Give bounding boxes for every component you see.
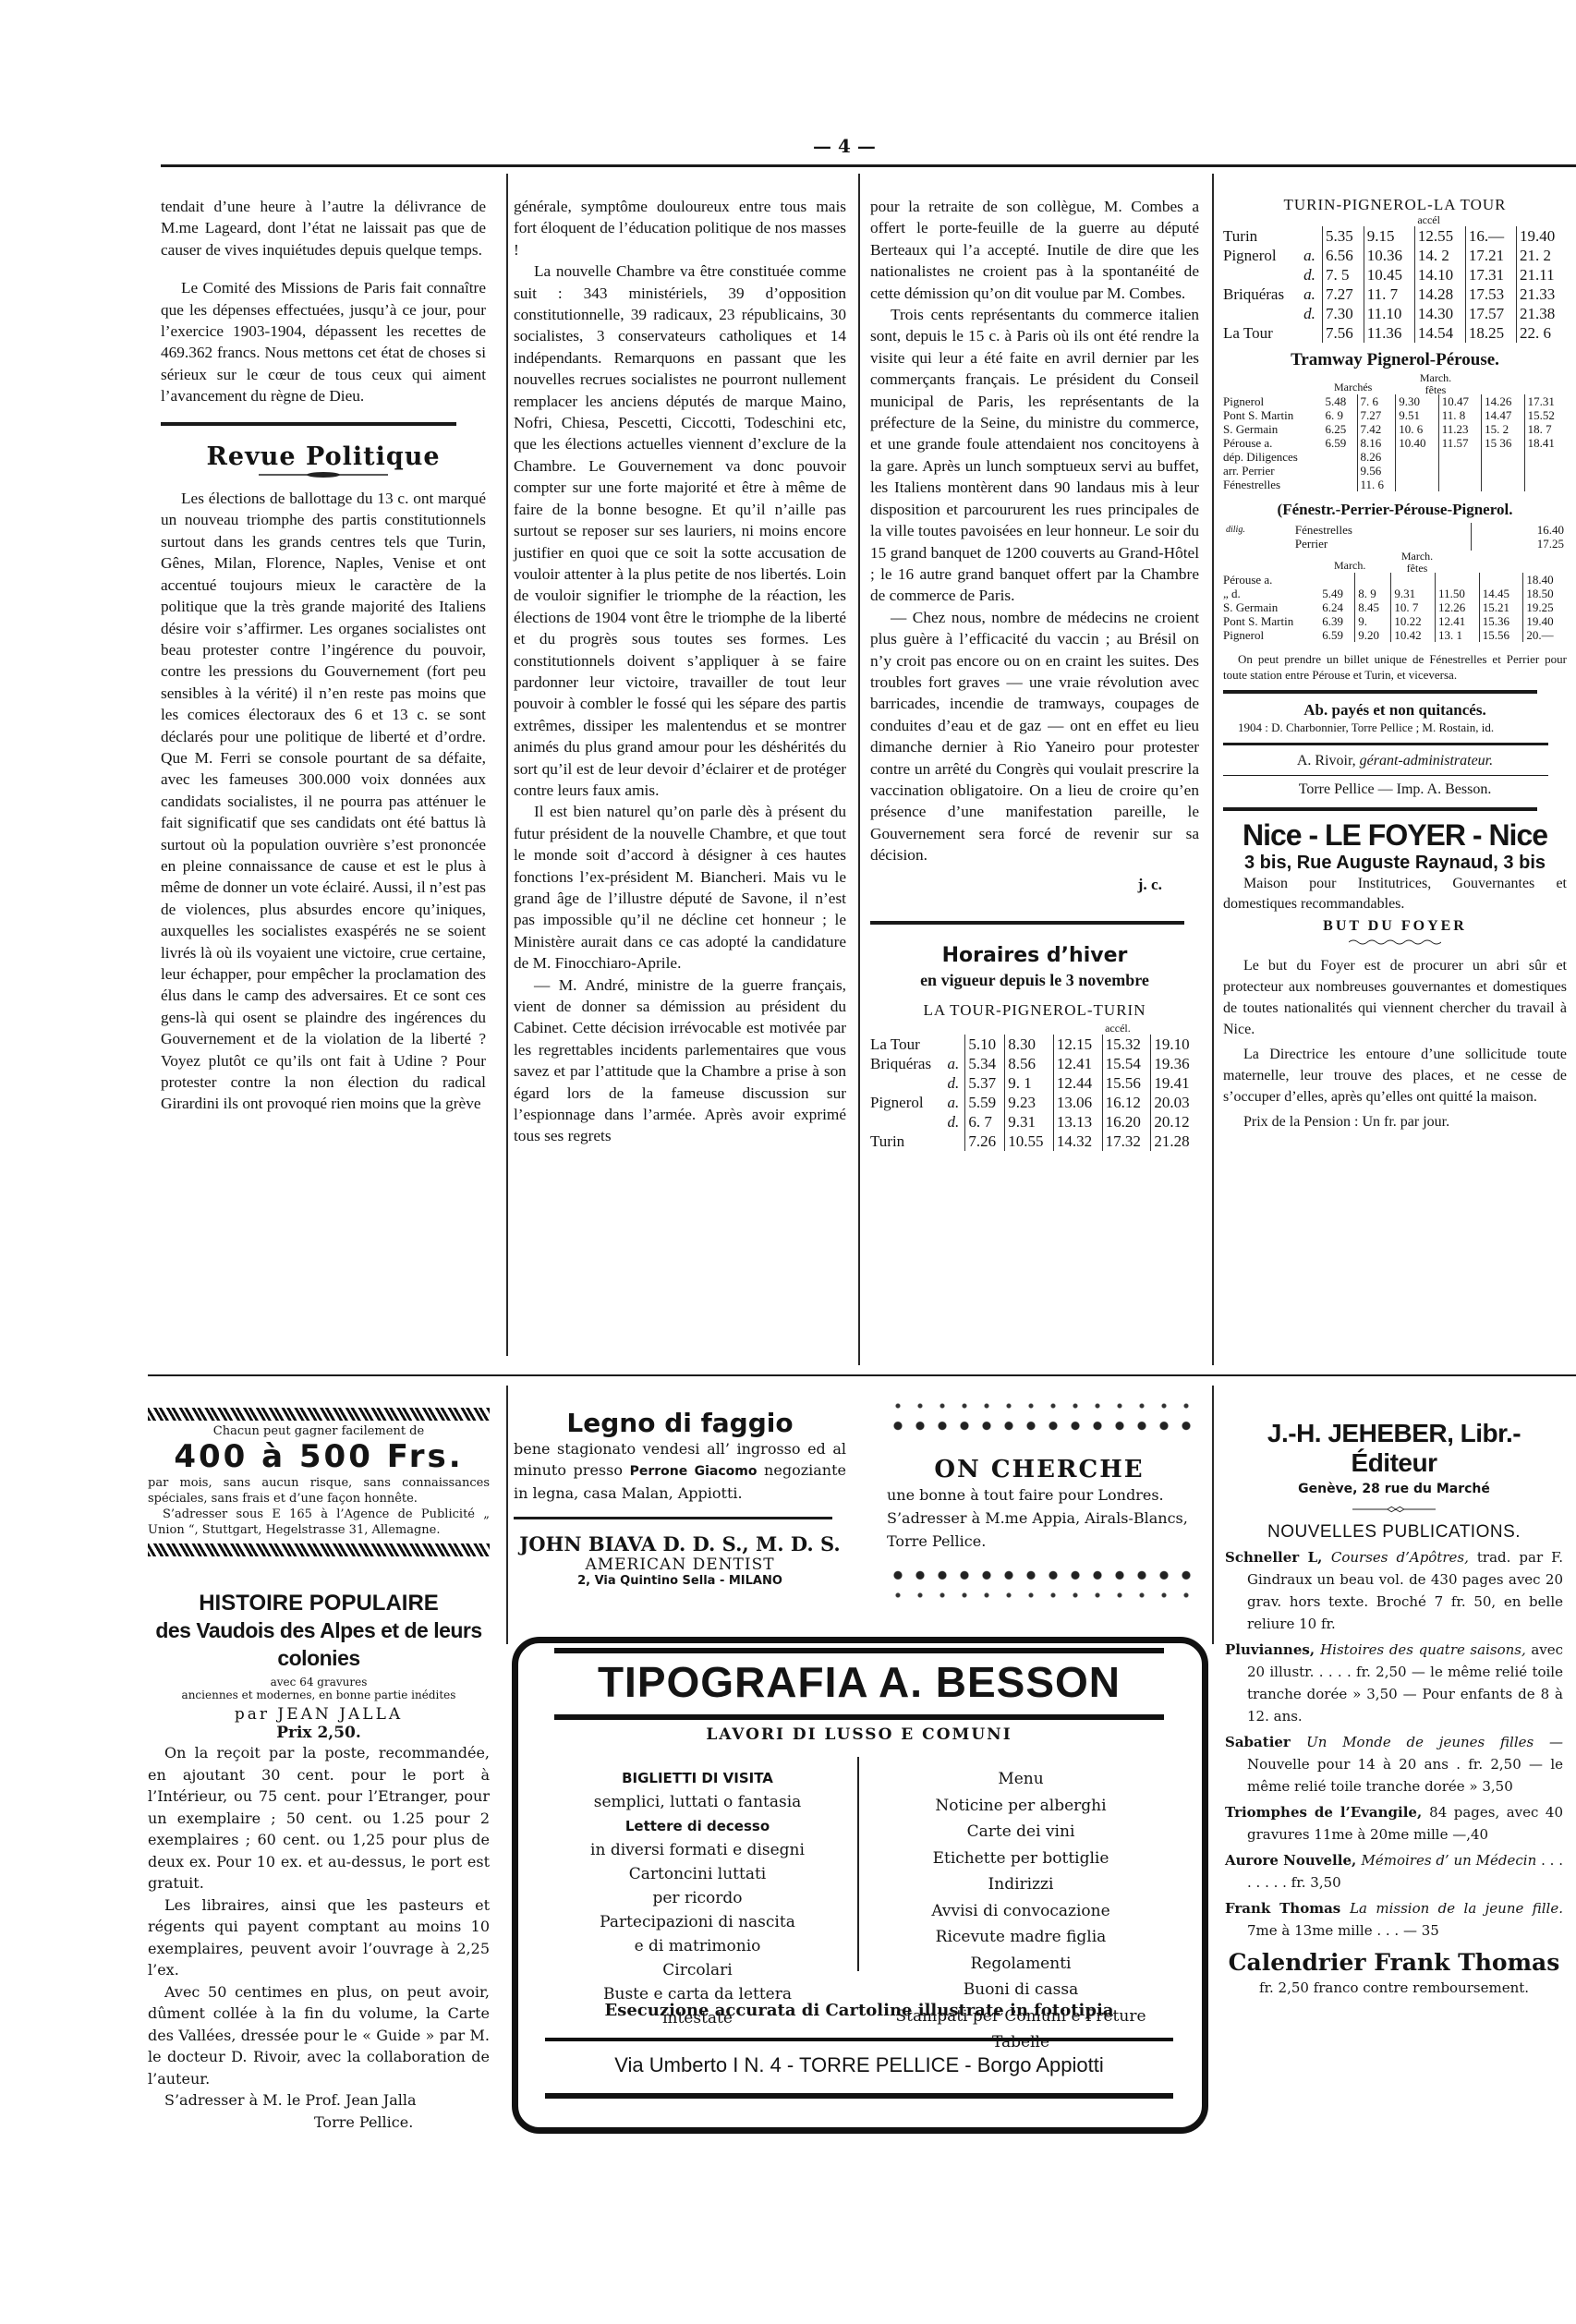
departure-time (1396, 464, 1438, 478)
departure-time: 20.03 (1151, 1093, 1199, 1112)
departure-time: 19.40 (1523, 614, 1567, 628)
departure-time: 8. 9 (1355, 587, 1391, 600)
departure-time: 8.45 (1355, 600, 1391, 614)
departure-time: 8.56 (1005, 1054, 1054, 1073)
header-march: March. (1334, 560, 1365, 572)
departure-time: 10.22 (1391, 614, 1436, 628)
departure-time: 8.30 (1005, 1035, 1054, 1054)
service-item: Lettere di decesso (554, 1814, 841, 1838)
arrival-departure (944, 1035, 964, 1054)
departure-time: 6.56 (1323, 246, 1364, 265)
departure-time: 6.59 (1323, 436, 1358, 450)
departure-time: 6.59 (1319, 628, 1354, 642)
departure-time: 7. 6 (1357, 394, 1396, 408)
timetable-row: d.7. 510.4514.1017.3121.11 (1223, 265, 1567, 284)
station-name: Pignerol (1223, 394, 1323, 408)
departure-time: 17.53 (1465, 284, 1516, 304)
arrival-departure: d. (944, 1073, 964, 1093)
departure-time (1479, 573, 1523, 587)
timetable-row: La Tour7.5611.3614.5418.2522. 6 (1223, 323, 1567, 343)
column-2: générale, symptôme douloureux entre tous… (514, 196, 846, 1147)
departure-time: 10.42 (1391, 628, 1436, 642)
departure-time (1323, 450, 1358, 464)
departure-time: 17.25 (1471, 537, 1567, 551)
ad-tipografia: TIPOGRAFIA A. BESSON LAVORI DI LUSSO E C… (490, 1628, 1229, 2141)
publication-title: Histoires des quatre saisons, (1320, 1641, 1531, 1658)
section-rule (1223, 690, 1537, 694)
departure-time: 9. (1355, 614, 1391, 628)
horaires-subtitle: en vigueur depuis le 3 novembre (870, 970, 1199, 991)
arrival-departure: d. (944, 1112, 964, 1132)
departure-time: 21.11 (1516, 265, 1567, 284)
departure-time: 11.36 (1364, 323, 1414, 343)
departure-time (1524, 450, 1567, 464)
departure-time: 11.23 (1438, 422, 1481, 436)
timetable-row: Turin7.2610.5514.3217.3221.28 (870, 1132, 1199, 1151)
departure-time: 7.27 (1323, 284, 1364, 304)
foyer-p2: La Directrice les entoure d’une sollicit… (1223, 1044, 1567, 1108)
service-item: Noticine per alberghi (868, 1793, 1173, 1820)
departure-time: 15.21 (1479, 600, 1523, 614)
station-name: Turin (1223, 226, 1301, 246)
publication-author: Pluviannes, (1225, 1641, 1320, 1658)
station-name: Turin (870, 1132, 944, 1151)
departure-time: 14.30 (1414, 304, 1465, 323)
arrival-departure (944, 1132, 964, 1151)
timetable-la-tour-turin: accél. La Tour5.108.3012.1515.3219.10Bri… (870, 1023, 1199, 1151)
departure-time: 7. 5 (1323, 265, 1364, 284)
foyer-address: 3 bis, Rue Auguste Raynaud, 3 bis (1223, 853, 1567, 874)
histoire-contact2: Torre Pellice. (148, 2112, 490, 2134)
departure-time: 19.41 (1151, 1073, 1199, 1093)
service-item: Menu (868, 1766, 1173, 1793)
departure-time: 12.41 (1053, 1054, 1102, 1073)
column-divider (506, 1386, 508, 1644)
publication-item: Aurore Nouvelle, Mémoires d’ un Médecin … (1225, 1849, 1563, 1894)
departure-time: 15.56 (1102, 1073, 1151, 1093)
section-rule (1223, 807, 1537, 811)
service-item: Regolamenti (868, 1951, 1173, 1978)
station-name: arr. Perrier (1223, 464, 1323, 478)
paragraph: La nouvelle Chambre va être constituée c… (514, 260, 846, 801)
column-divider (1212, 1386, 1214, 1644)
departure-time: 6.24 (1319, 600, 1354, 614)
timetable-row: Pignerola.5.599.2313.0616.1220.03 (870, 1093, 1199, 1112)
header-rule (161, 164, 1576, 167)
ads-top-rule (148, 1374, 1576, 1376)
service-item: Etichette per bottiglie (868, 1846, 1173, 1872)
paragraph: — Chez nous, nombre de médecins ne croie… (870, 607, 1199, 866)
departure-time: 12.55 (1414, 226, 1465, 246)
column-divider (506, 174, 508, 1356)
departure-time: 16.20 (1102, 1112, 1151, 1132)
publication-author: Frank Thomas (1225, 1900, 1350, 1917)
accel-label: accél. (1102, 1023, 1151, 1035)
ad-histoire: HISTOIRE POPULAIRE des Vaudois des Alpes… (148, 1591, 490, 2133)
arrival-departure: d. (1301, 304, 1322, 323)
departure-time: 12.41 (1436, 614, 1480, 628)
departure-time: 14.54 (1414, 323, 1465, 343)
publication-title: Mémoires d’ un Médecin (1361, 1852, 1541, 1869)
service-item: Buoni di cassa (868, 1977, 1173, 2003)
departure-time (1323, 478, 1358, 491)
histoire-subtitle: des Vaudois des Alpes et de leurs coloni… (148, 1616, 490, 1672)
dilig-label (1223, 537, 1295, 551)
departure-time: 5.10 (965, 1035, 1005, 1054)
departure-time: 12.44 (1053, 1073, 1102, 1093)
timetable-row: Briquérasa.7.2711. 714.2817.5321.33 (1223, 284, 1567, 304)
departure-time (1323, 464, 1358, 478)
departure-time: 9.56 (1357, 464, 1396, 478)
departure-time: 21.33 (1516, 284, 1567, 304)
departure-time (1396, 450, 1438, 464)
column-1: tendait d’une heure à l’autre la délivra… (161, 196, 486, 1115)
header-march-fetes: March. fêtes (1394, 551, 1440, 575)
departure-time: 12.26 (1436, 600, 1480, 614)
service-item: Avvisi di convocazione (868, 1898, 1173, 1925)
station-name: Pignerol (1223, 246, 1301, 265)
arrival-departure: a. (944, 1093, 964, 1112)
station-name (1223, 265, 1301, 284)
signature: j. c. (870, 874, 1199, 895)
departure-time (1438, 464, 1481, 478)
service-item: e di matrimonio (554, 1934, 841, 1958)
timetable-dilig: dilig.Fénestrelles16.40Perrier17.25 (1223, 523, 1567, 551)
departure-time (1391, 573, 1436, 587)
departure-time: 19.25 (1523, 600, 1567, 614)
departure-time: 10.45 (1364, 265, 1414, 284)
timetable-row: S. Germain6.257.4210. 611.2315. 218. 7 (1223, 422, 1567, 436)
tipografia-title: TIPOGRAFIA A. BESSON (554, 1653, 1164, 1711)
column-3: pour la retraite de son collègue, M. Com… (870, 196, 1199, 1151)
histoire-p1: On la reçoit par la poste, recommandée, … (148, 1742, 490, 1894)
biava-title: AMERICAN DENTIST (514, 1555, 846, 1574)
station-name (870, 1073, 944, 1093)
departure-time: 14.47 (1482, 408, 1524, 422)
gerant-role: gérant-administrateur. (1360, 753, 1493, 769)
service-item: Ricevute madre figlia (868, 1924, 1173, 1951)
departure-time: 7.30 (1323, 304, 1364, 323)
departure-time: 9.31 (1005, 1112, 1054, 1132)
biava-name: JOHN BIAVA D. D. S., M. D. S. (514, 1532, 846, 1555)
timetable-row: Briquérasa.5.348.5612.4115.5419.36 (870, 1054, 1199, 1073)
station-name: S. Germain (1223, 422, 1323, 436)
publication-author: Sabatier (1225, 1734, 1306, 1750)
departure-time: 9. 1 (1005, 1073, 1054, 1093)
cherche-line3: Torre Pellice. (887, 1530, 1192, 1553)
departure-time: 18.41 (1524, 436, 1567, 450)
gain-contact: S’adresser sous E 165 à l’Agence de Publ… (148, 1507, 490, 1538)
timetable-row: Pignerol6.599.2010.4213. 115.5620.— (1223, 628, 1567, 642)
gerant-line: A. Rivoir, gérant-administrateur. (1223, 753, 1567, 769)
departure-time: 10.40 (1396, 436, 1438, 450)
services-left: BIGLIETTI DI VISITAsemplici, luttati o f… (554, 1766, 841, 2030)
histoire-grav2: anciennes et modernes, en bonne partie i… (148, 1689, 490, 1701)
departure-time (1524, 464, 1567, 478)
departure-time: 5.49 (1319, 587, 1354, 600)
timetable-tramway: Pignerol5.487. 69.3010.4714.2617.31Pont … (1223, 394, 1567, 491)
paragraph: Trois cents représentants du commerce it… (870, 304, 1199, 607)
publication-title: Courses d’Apôtres, (1331, 1549, 1477, 1566)
timetable-row: Pont S. Martin6.399.10.2212.4115.3619.40 (1223, 614, 1567, 628)
departure-time: 5.35 (1323, 226, 1364, 246)
gain-lead: Chacun peut gagner facilement de (148, 1424, 490, 1438)
cherche-line1: une bonne à tout faire pour Londres. (887, 1483, 1192, 1507)
departure-time: 17.31 (1465, 265, 1516, 284)
tipografia-tagline: Esecuzione accurata di Cartoline illustr… (554, 2001, 1164, 2020)
departure-time: 20.— (1523, 628, 1567, 642)
station-name: Fénestrelles (1295, 523, 1471, 537)
legno-title: Legno di faggio (514, 1408, 846, 1438)
histoire-author: par JEAN JALLA (148, 1705, 490, 1724)
gerant-name: A. Rivoir, (1297, 753, 1356, 769)
paragraph: Il est bien naturel qu’on parle dès à pr… (514, 801, 846, 974)
departure-time: 14.26 (1482, 394, 1524, 408)
histoire-price: Prix 2,50. (148, 1724, 490, 1742)
departure-time: 9.20 (1355, 628, 1391, 642)
departure-time (1438, 478, 1481, 491)
departure-time: 15.36 (1479, 614, 1523, 628)
section-rule (1223, 775, 1548, 776)
ad-cherche: ON CHERCHE une bonne à tout faire pour L… (887, 1395, 1192, 1606)
ad-gain: Chacun peut gagner facilement de 400 à 5… (148, 1408, 490, 1556)
cherche-line2: S’adresser à M.me Appia, Airals-Blancs, (887, 1507, 1192, 1530)
histoire-p3: Avec 50 centimes en plus, on peut avoir,… (148, 1981, 490, 2090)
departure-time (1482, 450, 1524, 464)
station-name: Fénestrelles (1223, 478, 1323, 491)
publication-item: Sabatier Un Monde de jeunes filles — Nou… (1225, 1731, 1563, 1797)
departure-time: 7.56 (1323, 323, 1364, 343)
section-rule (514, 1517, 832, 1519)
publication-title: Un Monde de jeunes filles — (1306, 1734, 1563, 1750)
paragraph: — M. André, ministre de la guerre frança… (514, 974, 846, 1147)
calendar-price: fr. 2,50 franco contre remboursement. (1225, 1979, 1563, 1996)
departure-time: 16.12 (1102, 1093, 1151, 1112)
departure-time: 11.57 (1438, 436, 1481, 450)
departure-time: 11. 7 (1364, 284, 1414, 304)
gain-amount: 400 à 500 Frs. (148, 1438, 490, 1475)
timetable-row: S. Germain6.248.4510. 712.2615.2119.25 (1223, 600, 1567, 614)
header-march-fetes: March. fêtes (1412, 372, 1459, 396)
departure-time: 7.42 (1357, 422, 1396, 436)
legno-merchant: Perrone Giacomo (630, 1464, 758, 1479)
station-name: Briquéras (1223, 284, 1301, 304)
timetable-fenestrelles: Pérouse a.18.40„ d.5.498. 99.3111.5014.4… (1223, 573, 1567, 642)
jeheber-address: Genève, 28 rue du Marché (1225, 1482, 1563, 1496)
departure-time: 19.10 (1151, 1035, 1199, 1054)
timetable-row: d.7.3011.1014.3017.5721.38 (1223, 304, 1567, 323)
departure-time: 11.10 (1364, 304, 1414, 323)
diamond-border-icon (148, 1408, 490, 1421)
station-name (870, 1112, 944, 1132)
paragraph: pour la retraite de son collègue, M. Com… (870, 196, 1199, 304)
paragraph: Le Comité des Missions de Paris fait con… (161, 277, 486, 406)
section-rule (1223, 743, 1548, 745)
departure-time: 9.30 (1396, 394, 1438, 408)
departure-time: 11.50 (1436, 587, 1480, 600)
departure-time: 17.21 (1465, 246, 1516, 265)
service-item: BIGLIETTI DI VISITA (554, 1766, 841, 1790)
fen-title: (Fénestr.-Perrier-Pérouse-Pignerol. (1223, 501, 1567, 519)
paragraph: générale, symptôme douloureux entre tous… (514, 196, 846, 260)
departure-time: 10.55 (1005, 1132, 1054, 1151)
departure-time: 8.16 (1357, 436, 1396, 450)
timetable-row: dilig.Fénestrelles16.40 (1223, 523, 1567, 537)
departure-time: 21. 2 (1516, 246, 1567, 265)
lace-border-icon (887, 1395, 1192, 1439)
foyer-desc: Maison pour Institutrices, Gouvernantes … (1223, 874, 1567, 914)
accel-label: accél (1414, 214, 1465, 226)
timetable-row: d.5.379. 112.4415.5619.41 (870, 1073, 1199, 1093)
jeheber-title: J.-H. JEHEBER, Libr.-Éditeur (1225, 1419, 1563, 1478)
departure-time: 9.23 (1005, 1093, 1054, 1112)
departure-time: 17.32 (1102, 1132, 1151, 1151)
station-name: Pignerol (870, 1093, 944, 1112)
departure-time: 14. 2 (1414, 246, 1465, 265)
departure-time: 7.26 (965, 1132, 1005, 1151)
departure-time: 11. 8 (1438, 408, 1481, 422)
departure-time: 10.36 (1364, 246, 1414, 265)
departure-time: 18.40 (1523, 573, 1567, 587)
departure-time: 10. 6 (1396, 422, 1438, 436)
foyer-p3: Prix de la Pension : Un fr. par jour. (1223, 1111, 1567, 1132)
departure-time: 16.— (1465, 226, 1516, 246)
station-name: S. Germain (1223, 600, 1319, 614)
publication-item: Triomphes de l’Evangile, 84 pages, avec … (1225, 1801, 1563, 1846)
service-item: Circolari (554, 1958, 841, 1982)
station-name: Perrier (1295, 537, 1471, 551)
station-name: Pignerol (1223, 628, 1319, 642)
departure-time (1436, 573, 1480, 587)
station-name: Pérouse a. (1223, 436, 1323, 450)
ad-legno: Legno di faggio bene stagionato vendesi … (514, 1408, 846, 1588)
station-name: La Tour (870, 1035, 944, 1054)
departure-time: 5.37 (965, 1073, 1005, 1093)
station-name: „ d. (1223, 587, 1319, 600)
departure-time: 11. 6 (1357, 478, 1396, 491)
departure-time: 5.34 (965, 1054, 1005, 1073)
route-title: TURIN-PIGNEROL-LA TOUR (1223, 196, 1567, 214)
service-item: per ricordo (554, 1886, 841, 1910)
histoire-p2: Les libraires, ainsi que les pasteurs et… (148, 1894, 490, 1981)
departure-time: 21.28 (1151, 1132, 1199, 1151)
departure-time: 15.54 (1102, 1054, 1151, 1073)
page-number: — 4 — (813, 135, 876, 157)
arrival-departure (1301, 323, 1322, 343)
departure-time: 14.45 (1479, 587, 1523, 600)
departure-time: 13. 1 (1436, 628, 1480, 642)
publication-list: Schneller L, Courses d’Apôtres, trad. pa… (1225, 1546, 1563, 1942)
departure-time: 14.10 (1414, 265, 1465, 284)
departure-time: 13.06 (1053, 1093, 1102, 1112)
timetable-row: dép. Diligences8.26 (1223, 450, 1567, 464)
station-name: La Tour (1223, 323, 1301, 343)
departure-time: 15. 2 (1482, 422, 1524, 436)
departure-time: 9.31 (1391, 587, 1436, 600)
column-divider (858, 174, 860, 1365)
foyer-title: Nice - LE FOYER - Nice (1223, 818, 1567, 853)
departure-time: 9.15 (1364, 226, 1414, 246)
departure-time: 5.59 (965, 1093, 1005, 1112)
station-name: Pont S. Martin (1223, 408, 1323, 422)
service-item: in diversi formati e disegni (554, 1838, 841, 1862)
arrival-departure: d. (1301, 265, 1322, 284)
timetable-row: „ d.5.498. 99.3111.5014.4518.50 (1223, 587, 1567, 600)
foyer-but-title: BUT DU FOYER (1223, 918, 1567, 935)
timetable-row: Perrier17.25 (1223, 537, 1567, 551)
publication-item: Pluviannes, Histoires des quatre saisons… (1225, 1639, 1563, 1727)
timetable-row: Turin5.359.1512.5516.—19.40 (1223, 226, 1567, 246)
imprint: Torre Pellice — Imp. A. Besson. (1223, 781, 1567, 798)
horaires-title: Horaires d’hiver (870, 945, 1199, 966)
departure-time: 6. 9 (1323, 408, 1358, 422)
departure-time: 18.25 (1465, 323, 1516, 343)
departure-time: 18. 7 (1524, 422, 1567, 436)
departure-time: 10. 7 (1391, 600, 1436, 614)
arrival-departure: a. (944, 1054, 964, 1073)
service-item: Partecipazioni di nascita (554, 1910, 841, 1934)
station-name: Briquéras (870, 1054, 944, 1073)
departure-time: 6.25 (1323, 422, 1358, 436)
publication-title: La mission de la jeune fille. (1350, 1900, 1563, 1917)
header-marches: Marchés (1334, 381, 1372, 393)
billet-note: On peut prendre un billet unique de Féne… (1223, 651, 1567, 683)
departure-time: 21.38 (1516, 304, 1567, 323)
foyer-p1: Le but du Foyer est de procurer un abri … (1223, 955, 1567, 1040)
timetable-turin-la-tour: accél Turin5.359.1512.5516.—19.40Pignero… (1223, 214, 1567, 343)
timetable-row: d.6. 79.3113.1316.2020.12 (870, 1112, 1199, 1132)
histoire-contact1: S’adresser à M. le Prof. Jean Jalla (148, 2089, 490, 2112)
diamond-border-icon (148, 1543, 490, 1556)
departure-time: 9.51 (1396, 408, 1438, 422)
departure-time: 22. 6 (1516, 323, 1567, 343)
gain-desc: par mois, sans aucun risque, sans connai… (148, 1475, 490, 1507)
ab-text: 1904 : D. Charbonnier, Torre Pellice ; M… (1223, 720, 1567, 735)
cherche-title: ON CHERCHE (887, 1456, 1192, 1483)
center-divider (857, 1757, 859, 1971)
departure-time (1482, 478, 1524, 491)
timetable-row: arr. Perrier9.56 (1223, 464, 1567, 478)
departure-time: 14.28 (1414, 284, 1465, 304)
service-item: Carte dei vini (868, 1819, 1173, 1846)
wave-ornament-icon (1349, 938, 1441, 946)
departure-time: 19.36 (1151, 1054, 1199, 1073)
publication-details: Nouvelle pour 14 à 20 ans . fr. 2,50 — l… (1247, 1756, 1563, 1795)
arrival-departure: a. (1301, 246, 1322, 265)
arrival-departure (1301, 226, 1322, 246)
timetable-row: Fénestrelles11. 6 (1223, 478, 1567, 491)
ornament-divider-icon (1352, 1506, 1436, 1513)
departure-time: 15.32 (1102, 1035, 1151, 1054)
departure-time: 6.39 (1319, 614, 1354, 628)
departure-time: 15.56 (1479, 628, 1523, 642)
departure-time: 8.26 (1357, 450, 1396, 464)
tipografia-subtitle: LAVORI DI LUSSO E COMUNI (554, 1725, 1164, 1744)
departure-time: 5.48 (1323, 394, 1358, 408)
departure-time (1438, 450, 1481, 464)
station-name: dép. Diligences (1223, 450, 1323, 464)
departure-time (1524, 478, 1567, 491)
column-4: TURIN-PIGNEROL-LA TOUR accél Turin5.359.… (1223, 196, 1567, 1132)
departure-time: 10.47 (1438, 394, 1481, 408)
service-item: semplici, luttati o fantasia (554, 1790, 841, 1814)
calendar-title: Calendrier Frank Thomas (1225, 1949, 1563, 1976)
tram-title: Tramway Pignerol-Pérouse. (1223, 350, 1567, 370)
publication-author: Schneller L, (1225, 1549, 1331, 1566)
tipografia-address: Via Umberto I N. 4 - TORRE PELLICE - Bor… (545, 2045, 1173, 2086)
timetable-row: Pignerol5.487. 69.3010.4714.2617.31 (1223, 394, 1567, 408)
section-rule (870, 921, 1184, 925)
